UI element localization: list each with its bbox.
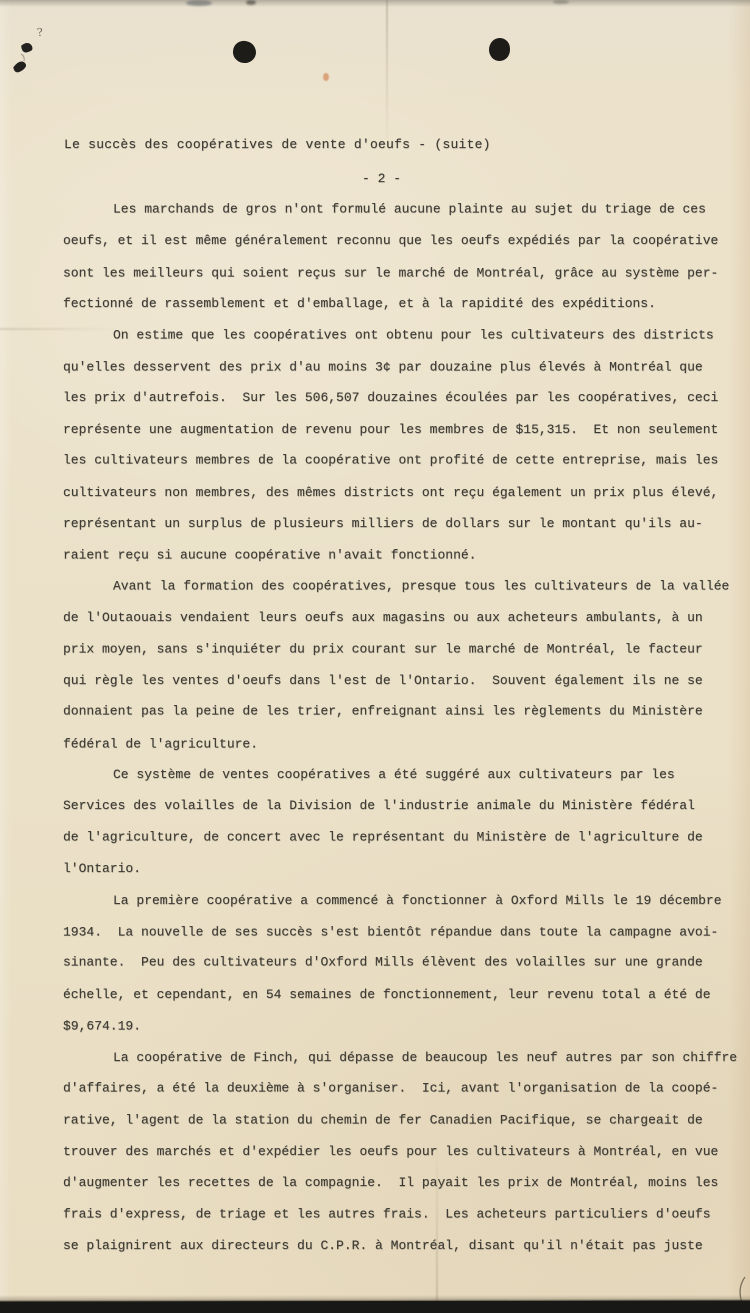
text-line: sinante. Peu des cultivateurs d'Oxford M…: [63, 947, 735, 978]
text-line: trouver des marchés et d'expédier les oe…: [63, 1136, 735, 1167]
scanned-document-page: ? Le succès des coopératives de vente d'…: [0, 0, 750, 1313]
page-title: Le succès des coopératives de vente d'oe…: [64, 137, 491, 152]
text-line: d'affaires, a été la deuxième à s'organi…: [63, 1073, 735, 1104]
paper-speck: [323, 73, 329, 81]
text-line: de l'Outaouais vendaient leurs oeufs aux…: [63, 602, 735, 633]
text-line: les cultivateurs membres de la coopérati…: [63, 445, 735, 476]
text-line: les prix d'autrefois. Sur les 506,507 do…: [63, 382, 735, 413]
text-line: représentant un surplus de plusieurs mil…: [63, 508, 735, 539]
hole-punch-left: [232, 40, 258, 65]
page-number: - 2 -: [362, 171, 401, 186]
text-line: Avant la formation des coopératives, pre…: [63, 570, 735, 601]
hole-punch-right: [489, 38, 510, 61]
top-edge-smudge: [553, 0, 569, 4]
text-line: Les marchands de gros n'ont formulé aucu…: [63, 194, 735, 225]
text-line: représente une augmentation de revenu po…: [63, 414, 735, 445]
text-line: donnaient pas la peine de les trier, enf…: [63, 696, 735, 727]
text-line: sont les meilleurs qui soient reçus sur …: [63, 257, 735, 288]
text-line: frais d'express, de triage et les autres…: [63, 1198, 735, 1229]
vertical-crease: [386, 0, 388, 150]
top-edge-smudge: [246, 0, 256, 5]
text-line: d'augmenter les recettes de la compagnie…: [63, 1167, 735, 1198]
text-line: oeufs, et il est même généralement recon…: [63, 225, 735, 256]
text-line: fectionné de rassemblement et d'emballag…: [63, 288, 735, 319]
text-line: Services des volailles de la Division de…: [63, 790, 735, 821]
text-line: 1934. La nouvelle de ses succès s'est bi…: [63, 916, 735, 947]
text-line: de l'agriculture, de concert avec le rep…: [63, 821, 735, 852]
text-line: fédéral de l'agriculture.: [63, 728, 735, 759]
text-line: cultivateurs non membres, des mêmes dist…: [63, 477, 735, 508]
text-line: se plaignirent aux directeurs du C.P.R. …: [63, 1230, 735, 1261]
text-line: On estime que les coopératives ont obten…: [63, 319, 735, 350]
bottom-scan-bar: [0, 1300, 750, 1313]
text-line: échelle, et cependant, en 54 semaines de…: [63, 979, 735, 1010]
text-line: La coopérative de Finch, qui dépasse de …: [63, 1042, 735, 1073]
top-edge-shadow: [0, 0, 750, 7]
text-line: La première coopérative a commencé à fon…: [63, 885, 735, 916]
text-line: qu'elles desservent des prix d'au moins …: [63, 351, 735, 382]
text-line: qui règle les ventes d'oeufs dans l'est …: [63, 665, 735, 696]
text-line: rative, l'agent de la station du chemin …: [63, 1105, 735, 1136]
text-line: $9,674.19.: [63, 1011, 735, 1042]
pencil-question-mark: ?: [36, 26, 43, 40]
top-edge-smudge: [186, 0, 212, 6]
text-line: l'Ontario.: [63, 853, 735, 884]
document-body: Les marchands de gros n'ont formulé aucu…: [63, 194, 735, 1261]
text-line: raient reçu si aucune coopérative n'avai…: [63, 540, 735, 571]
text-line: prix moyen, sans s'inquiéter du prix cou…: [63, 634, 735, 665]
ink-blotch-icon: [8, 42, 40, 80]
text-line: Ce système de ventes coopératives a été …: [63, 759, 735, 790]
